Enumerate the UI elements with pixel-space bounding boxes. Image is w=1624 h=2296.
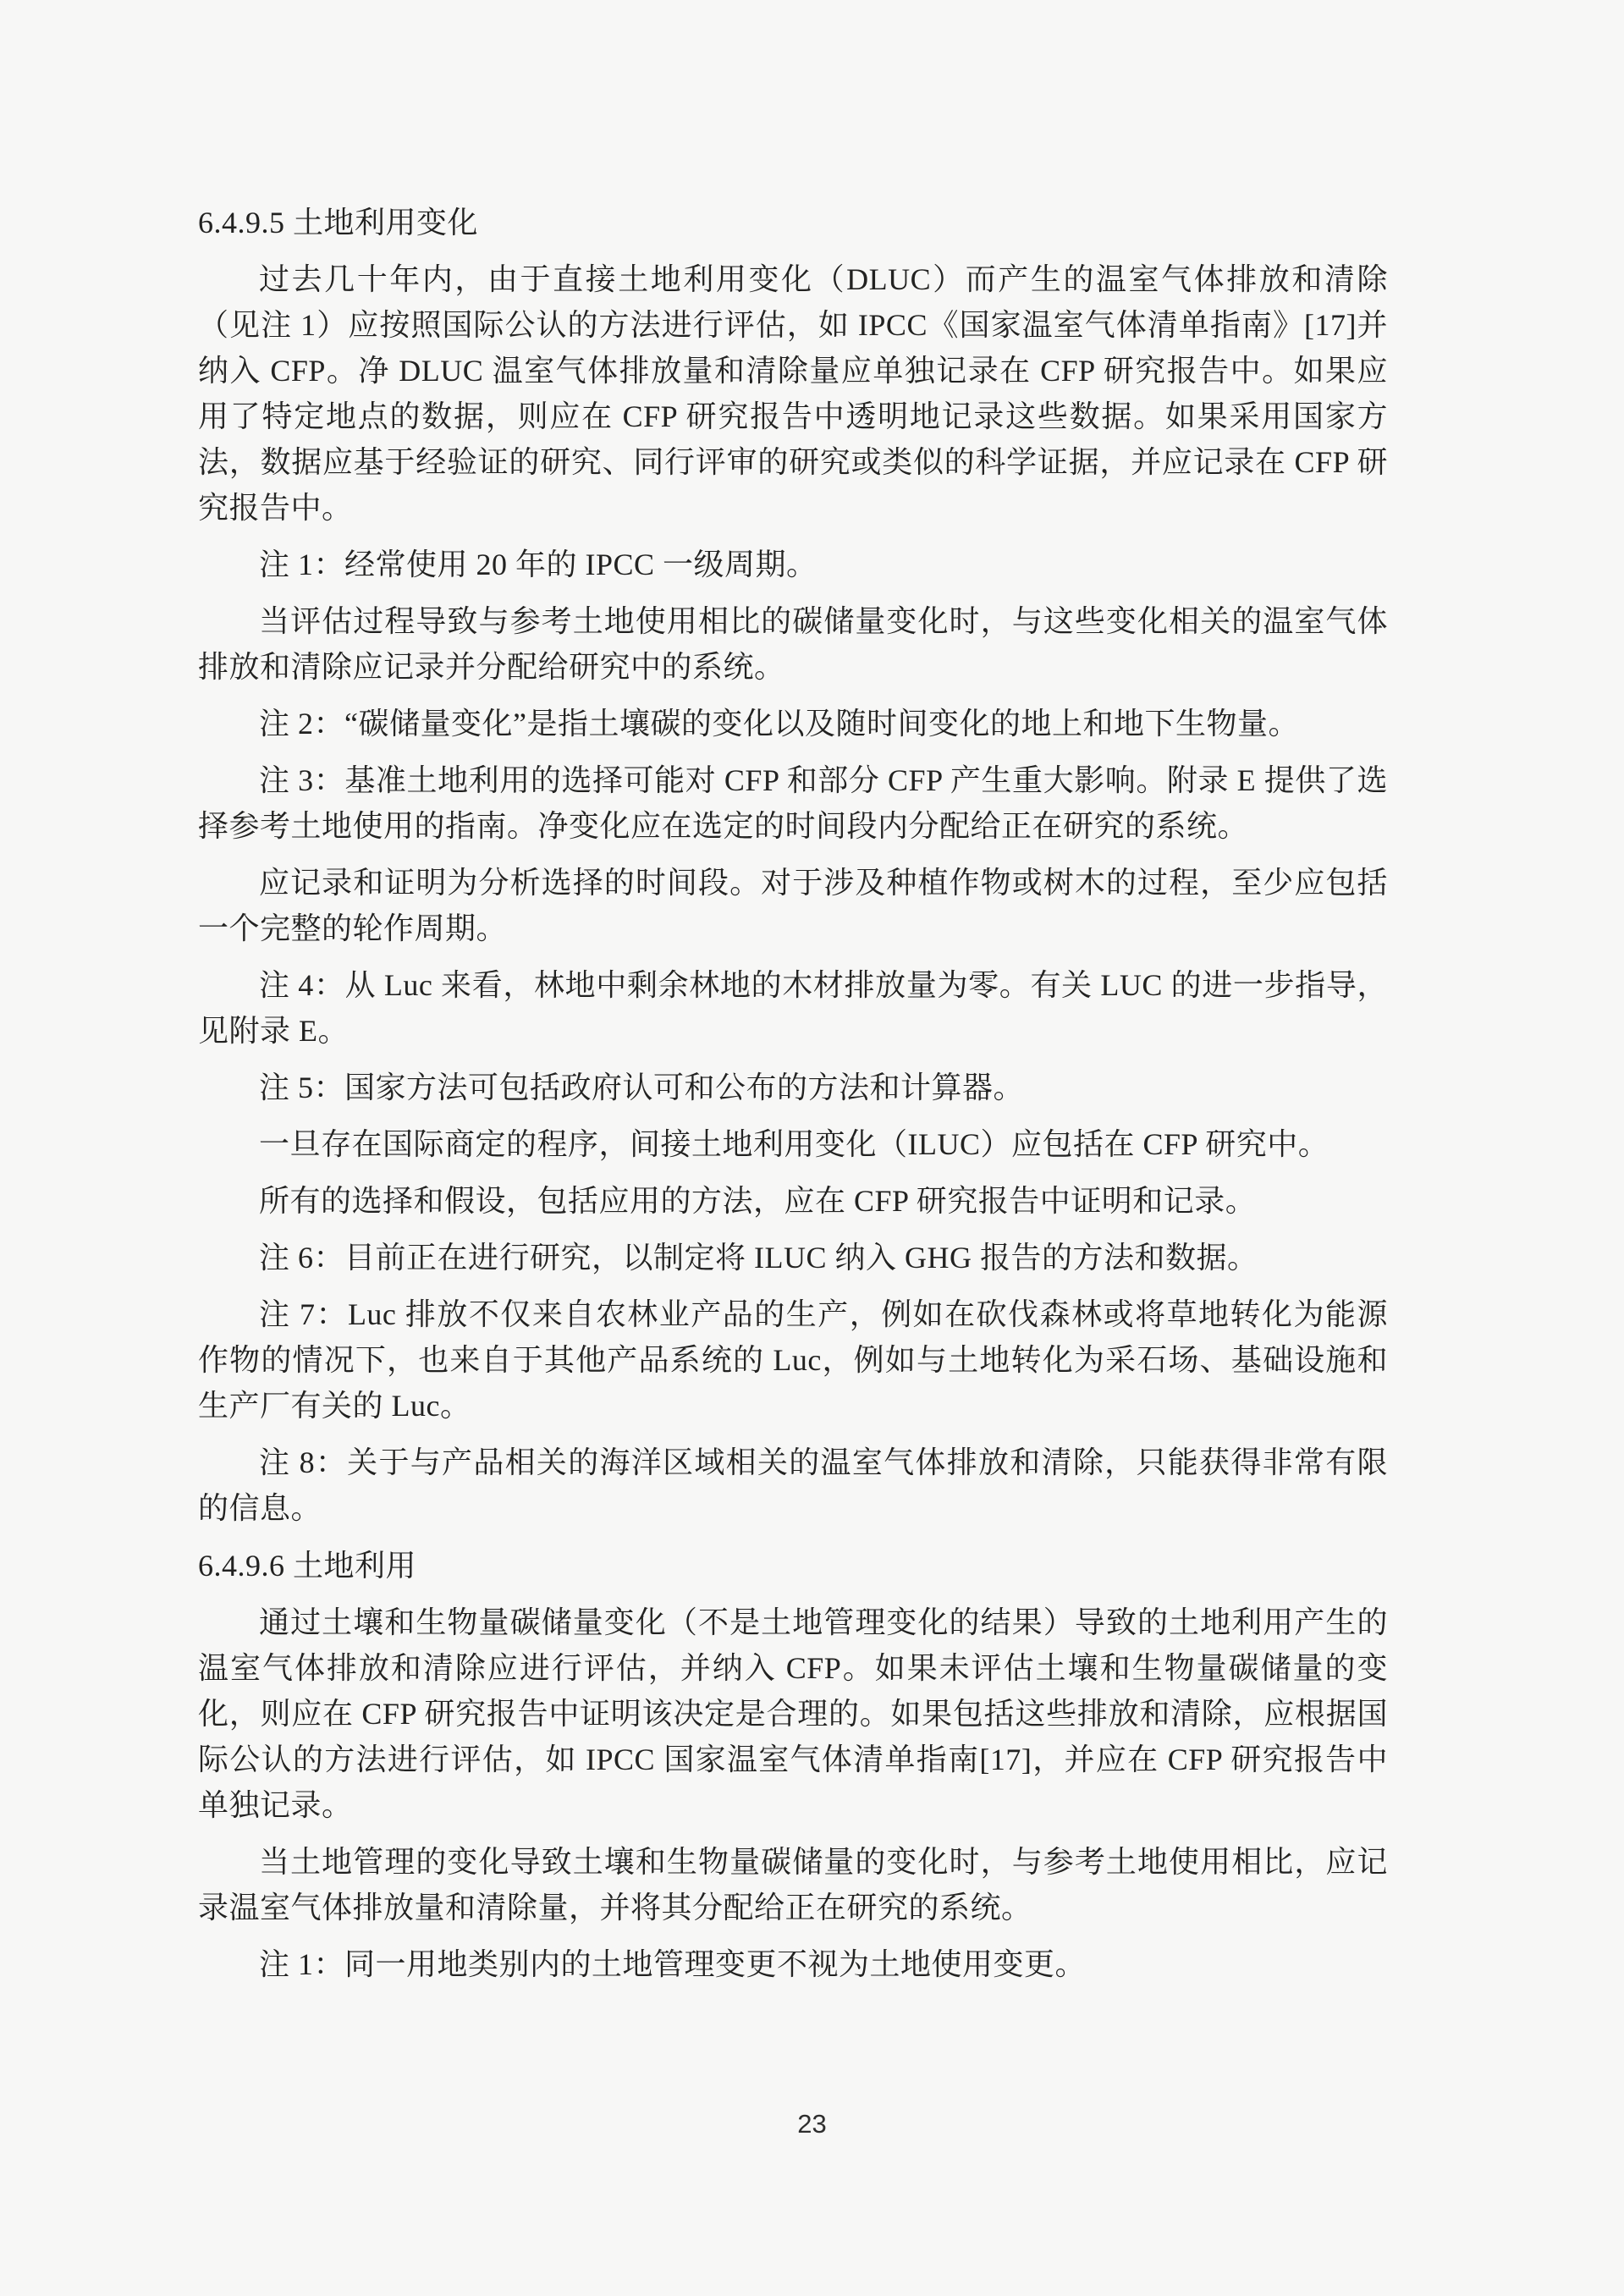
- document-page: 6.4.9.5 土地利用变化过去几十年内，由于直接土地利用变化（DLUC）而产生…: [0, 0, 1624, 2296]
- page-footer: 23: [0, 2109, 1624, 2139]
- note-paragraph: 注 4：从 Luc 来看，林地中剩余林地的木材排放量为零。有关 LUC 的进一步…: [198, 962, 1388, 1054]
- note-paragraph: 注 1：同一用地类别内的土地管理变更不视为土地使用变更。: [198, 1941, 1388, 1987]
- section-heading: 6.4.9.6 土地利用: [198, 1543, 1388, 1588]
- body-paragraph: 过去几十年内，由于直接土地利用变化（DLUC）而产生的温室气体排放和清除（见注 …: [198, 256, 1388, 531]
- body-paragraph: 当评估过程导致与参考土地使用相比的碳储量变化时，与这些变化相关的温室气体排放和清…: [198, 598, 1388, 690]
- body-paragraph: 一旦存在国际商定的程序，间接土地利用变化（ILUC）应包括在 CFP 研究中。: [198, 1121, 1388, 1167]
- body-paragraph: 通过土壤和生物量碳储量变化（不是土地管理变化的结果）导致的土地利用产生的温室气体…: [198, 1599, 1388, 1828]
- page-content: 6.4.9.5 土地利用变化过去几十年内，由于直接土地利用变化（DLUC）而产生…: [198, 200, 1388, 1987]
- note-paragraph: 注 6：目前正在进行研究，以制定将 ILUC 纳入 GHG 报告的方法和数据。: [198, 1235, 1388, 1280]
- note-paragraph: 注 7：Luc 排放不仅来自农林业产品的生产，例如在砍伐森林或将草地转化为能源作…: [198, 1291, 1388, 1429]
- note-paragraph: 注 2：“碳储量变化”是指土壤碳的变化以及随时间变化的地上和地下生物量。: [198, 701, 1388, 746]
- body-paragraph: 应记录和证明为分析选择的时间段。对于涉及种植作物或树木的过程，至少应包括一个完整…: [198, 860, 1388, 951]
- note-paragraph: 注 8：关于与产品相关的海洋区域相关的温室气体排放和清除，只能获得非常有限的信息…: [198, 1440, 1388, 1531]
- section-heading: 6.4.9.5 土地利用变化: [198, 200, 1388, 245]
- note-paragraph: 注 5：国家方法可包括政府认可和公布的方法和计算器。: [198, 1065, 1388, 1110]
- note-paragraph: 注 3：基准土地利用的选择可能对 CFP 和部分 CFP 产生重大影响。附录 E…: [198, 757, 1388, 849]
- page-number: 23: [797, 2109, 826, 2139]
- body-paragraph: 当土地管理的变化导致土壤和生物量碳储量的变化时，与参考土地使用相比，应记录温室气…: [198, 1839, 1388, 1930]
- body-paragraph: 所有的选择和假设，包括应用的方法，应在 CFP 研究报告中证明和记录。: [198, 1178, 1388, 1224]
- note-paragraph: 注 1：经常使用 20 年的 IPCC 一级周期。: [198, 542, 1388, 587]
